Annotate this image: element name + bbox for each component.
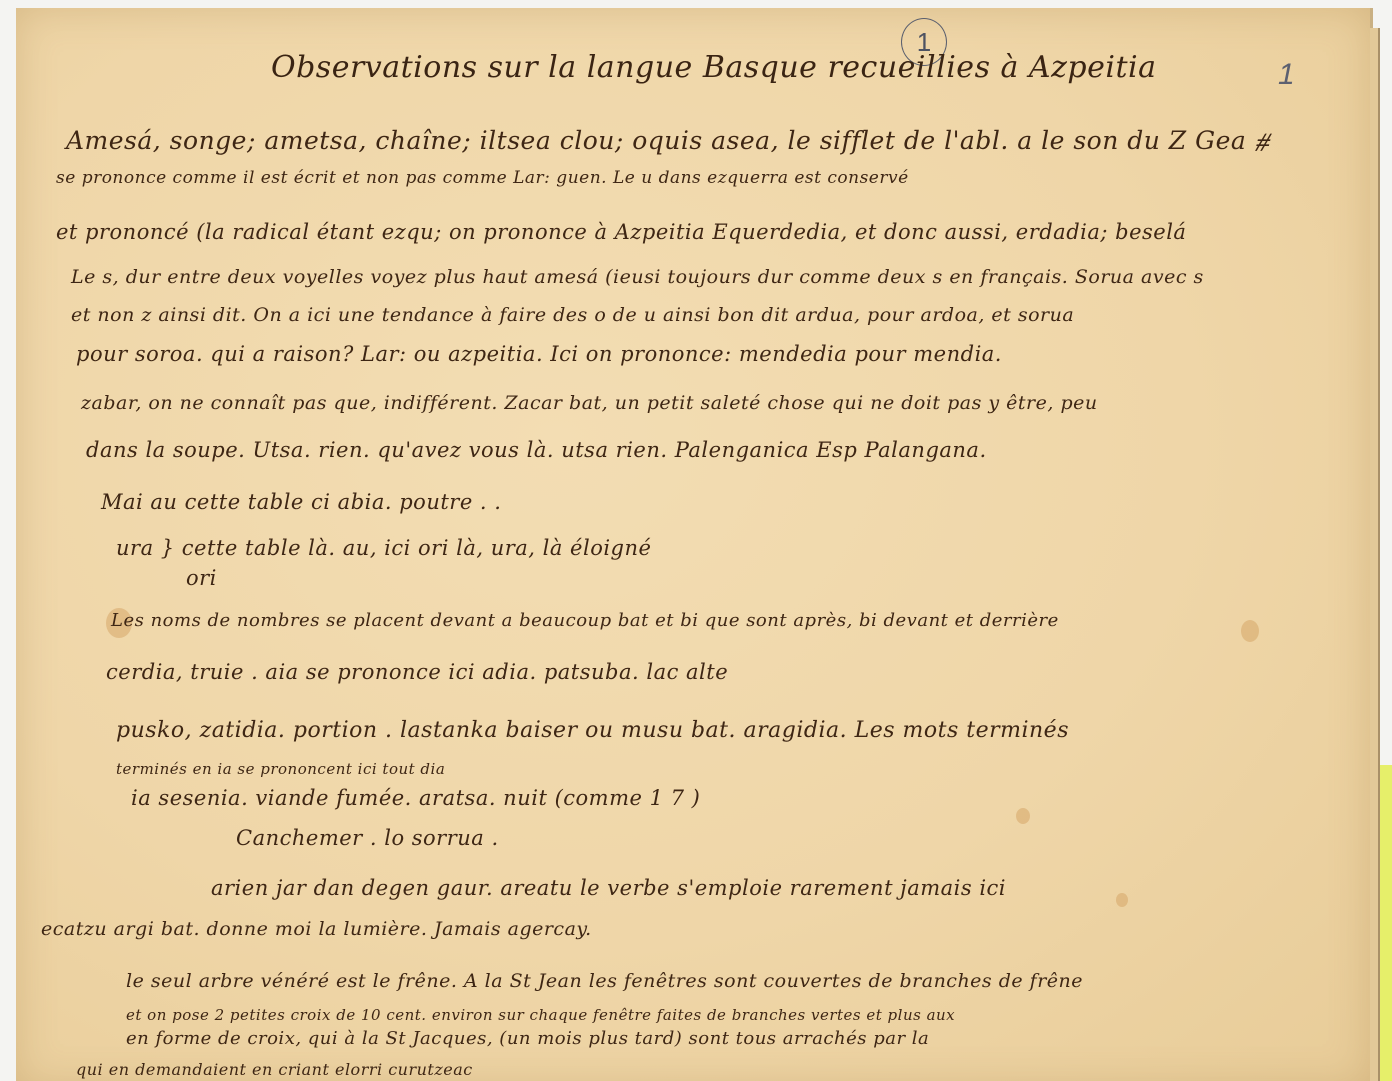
page-title: Observations sur la langue Basque recuei… [271, 50, 1156, 85]
manuscript-line: et on pose 2 petites croix de 10 cent. e… [126, 1006, 955, 1024]
manuscript-line: zabar, on ne connaît pas que, indifféren… [81, 392, 1098, 414]
manuscript-line: ia sesenia. viande fumée. aratsa. nuit (… [131, 786, 700, 810]
manuscript-line: dans la soupe. Utsa. rien. qu'avez vous … [86, 438, 987, 462]
manuscript-line: pusko, zatidia. portion . lastanka baise… [116, 718, 1069, 743]
paper-stain [1241, 620, 1259, 642]
manuscript-line: et non z ainsi dit. On a ici une tendanc… [71, 304, 1074, 326]
manuscript-line: se prononce comme il est écrit et non pa… [56, 168, 909, 188]
manuscript-line: Canchemer . lo sorrua . [236, 826, 499, 850]
manuscript-line: qui en demandaient en criant elorri curu… [76, 1060, 473, 1079]
manuscript-line: ura } cette table là. au, ici ori là, ur… [116, 536, 651, 560]
manuscript-line: arien jar dan degen gaur. areatu le verb… [211, 876, 1006, 900]
manuscript-line: Amesá, songe; ametsa, chaîne; iltsea clo… [66, 126, 1269, 156]
manuscript-line: le seul arbre vénéré est le frêne. A la … [126, 970, 1083, 992]
manuscript-line: et prononcé (la radical étant ezqu; on p… [56, 220, 1186, 244]
manuscript-line: ecatzu argi bat. donne moi la lumière. J… [41, 918, 592, 940]
folio-number: 1 [1278, 58, 1295, 92]
manuscript-line: terminés en ia se prononcent ici tout di… [116, 760, 445, 778]
manuscript-line: en forme de croix, qui à la St Jacques, … [126, 1028, 929, 1049]
manuscript-line: ori [186, 566, 217, 590]
paper-stain [1116, 893, 1128, 907]
manuscript-line: Les noms de nombres se placent devant a … [111, 610, 1059, 631]
manuscript-line: Le s, dur entre deux voyelles voyez plus… [71, 266, 1204, 288]
paper-stain [1016, 808, 1030, 824]
manuscript-line: cerdia, truie . aia se prononce ici adia… [106, 660, 728, 684]
manuscript-line: pour soroa. qui a raison? Lar: ou azpeit… [76, 342, 1002, 366]
manuscript-page: 1 1 Observations sur la langue Basque re… [16, 8, 1373, 1081]
manuscript-line: Mai au cette table ci abia. poutre . . [101, 490, 501, 514]
